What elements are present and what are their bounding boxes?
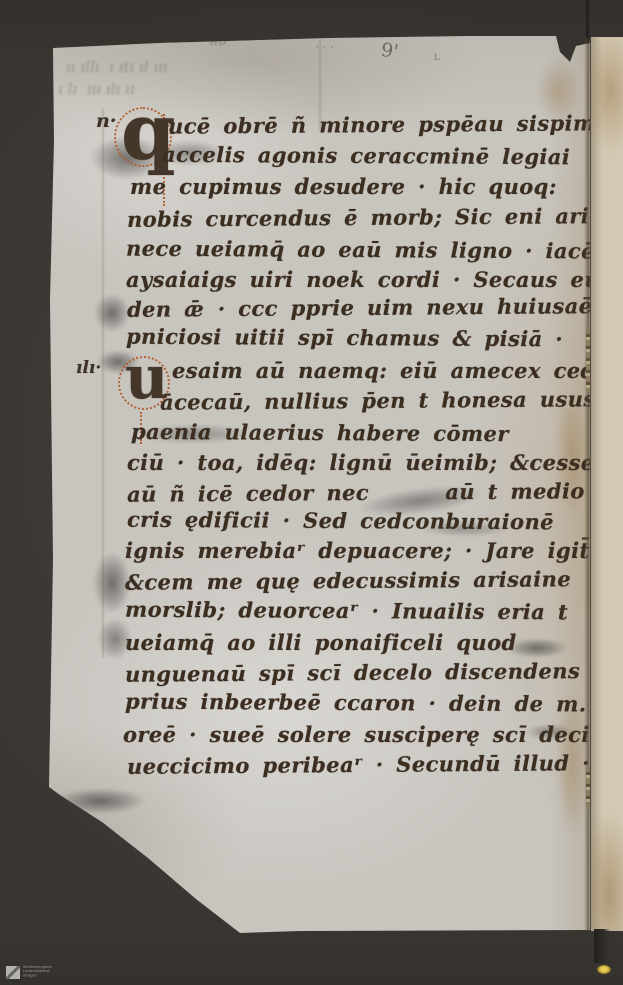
stitching-thread: [586, 328, 590, 392]
binding-seam-bottom: [594, 929, 610, 963]
folio-annotation: 9': [380, 39, 400, 63]
text-line: ueiamq̄ ao illi ponaificeli quod: [125, 630, 517, 655]
ghost-text-line: ıı ıllı ı ıtı ıl ııı: [66, 58, 168, 76]
text-line: nobis curcendus ē morb; Sic eni ari: [127, 203, 589, 232]
text-line: ciū · toa, idēq: lignū ūeimib; &cesse: [127, 450, 595, 475]
margin-note-ill: ılı·: [76, 358, 101, 378]
stain: [94, 294, 130, 332]
text-line: unguenaū spī scī decelo discendens: [125, 658, 580, 687]
text-line: nece ueiamq̄ ao eaū mis ligno · iacē: [126, 236, 595, 264]
text-line: oreē · sueē solere susciperę scī deciud: [123, 722, 620, 747]
text-line: ignis merebiaʳ depuacere; · Jare igit̄: [125, 538, 590, 563]
text-line: ucē obrē ñ minore pspēau sispim: [168, 110, 596, 138]
text-line: aū ñ icē cedor nec aū t medio: [127, 478, 585, 507]
text-line: esaim aū naemq: eiū amecex ced: [172, 358, 596, 383]
top-annotation-dots: · · ·: [315, 40, 334, 54]
text-line: den ǣ · ccc pprie uim nexu huiusaē: [127, 293, 593, 322]
text-line: ācecaū, nullius p̄en t honesa usus: [160, 386, 596, 414]
seal-caption: · · · · ·: [588, 975, 602, 979]
text-line: pniciosi uitii spī chamus & pisiā ·: [126, 324, 563, 352]
margin-note-top: n·: [96, 110, 116, 132]
stitching-thread: [586, 766, 590, 808]
text-line: me cupimus desudere · hic quoq:: [130, 174, 557, 199]
text-line: accelis agonis ceraccminē legiai: [162, 142, 570, 169]
text-line: &cem me quę edecussimis arisaine: [125, 566, 571, 595]
text-line: morslib; deuorceaʳ · Inuailis eria t: [125, 597, 568, 625]
library-watermark-text: Württembergische Landesbibliothek Stuttg…: [23, 965, 52, 977]
text-line: prius inbeerbeē ccaron · dein de m.: [125, 689, 587, 717]
library-logo-icon: [6, 966, 20, 979]
text-line: cris ędificii · Sed cedconburaionē: [127, 507, 554, 535]
seal-icon: [597, 965, 611, 974]
top-annotation-small: ı.: [434, 50, 441, 63]
text-line: ueccicimo peribeaʳ · Secundū illud ·: [127, 750, 590, 779]
facing-page-edge: [591, 37, 623, 931]
text-line: paenia ulaerius habere cōmer: [131, 419, 509, 446]
text-line: aysaiaigs uiri noek cordi · Secaus eu: [126, 267, 600, 292]
